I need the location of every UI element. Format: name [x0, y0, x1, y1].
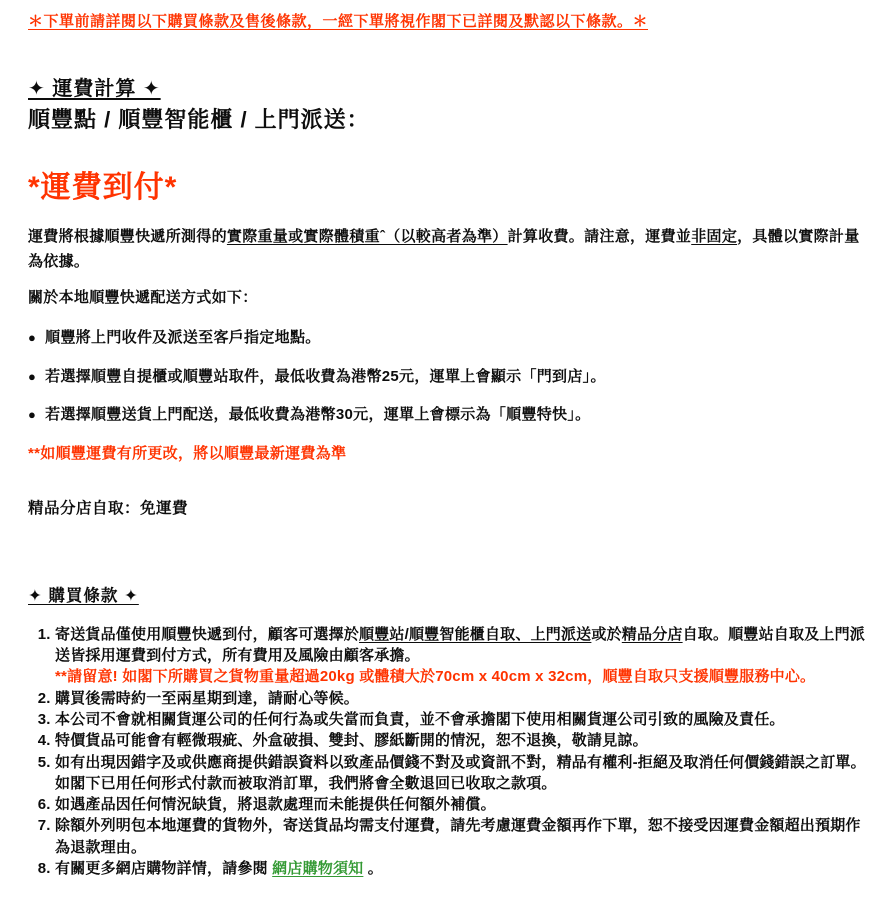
bullet-icon: ● [28, 404, 36, 426]
text-segment: 有關更多網店購物詳情，請參閱 [55, 860, 272, 877]
text-segment-underlined: 非固定 [691, 228, 737, 245]
bullet-icon: ● [28, 366, 36, 388]
pre-order-notice: ＊下單前請詳閱以下購買條款及售後條款，一經下單將視作閣下已詳閱及默認以下條款。＊ [28, 12, 866, 32]
text-segment: 運費將根據順豐快遞所測得的 [28, 228, 227, 245]
text-segment: 。 [363, 860, 383, 877]
shop-terms-page: ＊下單前請詳閱以下購買條款及售後條款，一經下單將視作閣下已詳閱及默認以下條款。＊… [0, 0, 894, 899]
oversize-warning: **請留意! 如閣下所購買之貨物重量超過20kg 或體積大於70cm x 40c… [55, 666, 866, 687]
term-item-1: 寄送貨品僅使用順豐快遞到付，顧客可選擇於順豐站/順豐智能櫃自取、上門派送或於精品… [55, 624, 866, 688]
term-item-4: 特價貨品可能會有輕微瑕疵、外盒破損、雙封、膠紙斷開的情況，恕不退換，敬請見諒。 [55, 730, 866, 751]
delivery-methods-list: ● 順豐將上門收件及派送至客戶指定地點。 ● 若選擇順豐自提櫃或順豐站取件，最低… [28, 327, 866, 427]
fee-basis-paragraph: 運費將根據順豐快遞所測得的實際重量或實際體積重ˆ（以較高者為準）計算收費。請注意… [28, 225, 866, 275]
term-item-8: 有關更多網店購物詳情，請參閱 網店購物須知 。 [55, 858, 866, 879]
shipping-methods-subtitle: 順豐點 / 順豐智能櫃 / 上門派送： [28, 106, 866, 135]
delivery-method-text: 若選擇順豐送貨上門配送，最低收費為港幣30元，運單上會標示為「順豐特快」。 [45, 404, 590, 427]
term-item-6: 如遇產品因任何情況缺貨，將退款處理而未能提供任何額外補償。 [55, 794, 866, 815]
text-segment-underlined: 順豐站/順豐智能櫃自取、上門派送 [359, 626, 591, 643]
delivery-method-text: 順豐將上門收件及派送至客戶指定地點。 [45, 327, 320, 350]
list-item: ● 若選擇順豐自提櫃或順豐站取件，最低收費為港幣25元，運單上會顯示「門到店」。 [28, 366, 866, 389]
bullet-icon: ● [28, 327, 36, 349]
text-segment: 寄送貨品僅使用順豐快遞到付，顧客可選擇於 [55, 626, 359, 643]
term-item-3: 本公司不會就相關貨運公司的任何行為或失當而負責，並不會承擔閣下使用相關貨運公司引… [55, 709, 866, 730]
purchase-terms-list: 寄送貨品僅使用順豐快遞到付，顧客可選擇於順豐站/順豐智能櫃自取、上門派送或於精品… [28, 624, 866, 880]
delivery-methods-intro: 關於本地順豐快遞配送方式如下： [28, 287, 866, 310]
term-item-2: 購買後需時約一至兩星期到達，請耐心等候。 [55, 688, 866, 709]
delivery-method-text: 若選擇順豐自提櫃或順豐站取件，最低收費為港幣25元，運單上會顯示「門到店」。 [45, 366, 606, 389]
store-shopping-guide-link[interactable]: 網店購物須知 [272, 860, 363, 877]
purchase-terms-title: ✦ 購買條款 ✦ [28, 586, 866, 607]
text-segment: 或於 [591, 626, 621, 643]
term-item-7: 除額外列明包本地運費的貨物外，寄送貨品均需支付運費，請先考慮運費金額再作下單，恕… [55, 815, 866, 858]
text-segment-underlined: 精品分店 [622, 626, 683, 643]
list-item: ● 若選擇順豐送貨上門配送，最低收費為港幣30元，運單上會標示為「順豐特快」。 [28, 404, 866, 427]
text-segment: 計算收費。請注意，運費並 [508, 228, 692, 245]
store-pickup-note: 精品分店自取：免運費 [28, 497, 866, 520]
text-segment-underlined: 實際重量或實際體積重ˆ（以較高者為準） [227, 228, 508, 245]
term-item-5: 如有出現因錯字及或供應商提供錯誤資料以致產品價錢不對及或資訊不對，精品有權利-拒… [55, 752, 866, 795]
freight-collect-highlight: *運費到付* [28, 168, 866, 207]
list-item: ● 順豐將上門收件及派送至客戶指定地點。 [28, 327, 866, 350]
shipping-calc-title: ✦ 運費計算 ✦ [28, 76, 866, 102]
fee-update-warning: **如順豐運費有所更改，將以順豐最新運費為準 [28, 443, 866, 466]
